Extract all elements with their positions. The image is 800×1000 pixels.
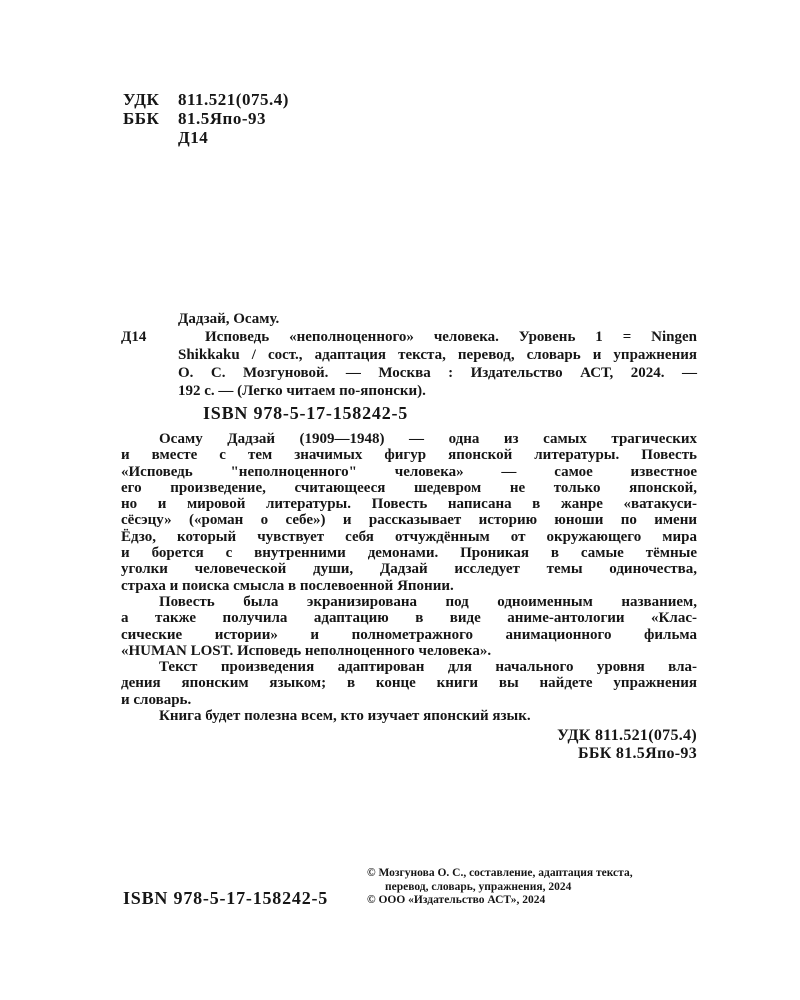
text-line: «HUMAN LOST. Исповедь неполноценного чел… — [121, 643, 697, 659]
copyright-block: © Мозгунова О. С., составление, адаптаци… — [367, 867, 699, 908]
text-line: и вместе с тем значимых фигур японской л… — [121, 447, 697, 463]
text-line: Повесть была экранизирована под одноимен… — [121, 594, 697, 610]
bibliographic-record: Дадзай, Осаму. Д14 Исповедь «неполноценн… — [121, 310, 697, 400]
text-line: уголки человеческой души, Дадзай исследу… — [121, 561, 697, 577]
isbn-number: ISBN 978-5-17-158242-5 — [203, 403, 408, 424]
udk-bottom-value: УДК 811.521(075.4) — [397, 727, 697, 745]
text-line: Осаму Дадзай (1909—1948) — одна из самых… — [121, 431, 697, 447]
text-line: но и мировой литературы. Повесть написан… — [121, 496, 697, 512]
top-classification-codes: УДК811.521(075.4) ББК81.5Япо-93 Д14 — [123, 90, 289, 147]
author-code-value: Д14 — [178, 128, 208, 147]
isbn-number-footer: ISBN 978-5-17-158242-5 — [123, 888, 328, 909]
bbk-bottom-value: ББК 81.5Япо-93 — [397, 745, 697, 763]
text-line: а также получила адаптацию в виде аниме-… — [121, 610, 697, 626]
text-line: Shikkaku / сост., адаптация текста, пере… — [178, 346, 697, 364]
bottom-classification-codes: УДК 811.521(075.4) ББК 81.5Япо-93 — [397, 727, 697, 763]
text-line: Исповедь «неполноценного» человека. Уров… — [178, 328, 697, 346]
annotation-paragraph: Текст произведения адаптирован для начал… — [121, 659, 697, 708]
copyright-line: © Мозгунова О. С., составление, адаптаци… — [367, 867, 699, 881]
text-line: дения японским языком; в конце книги вы … — [121, 675, 697, 691]
text-line: Ёдзо, который чувствует себя отчуждённым… — [121, 529, 697, 545]
copyright-line: © ООО «Издательство АСТ», 2024 — [367, 894, 699, 908]
bib-entry: Д14 Исповедь «неполноценного» человека. … — [178, 328, 697, 400]
udk-value: 811.521(075.4) — [178, 90, 289, 109]
text-line: сические истории» и полнометражного аним… — [121, 627, 697, 643]
bbk-label: ББК — [123, 109, 178, 128]
bbk-value: 81.5Япо-93 — [178, 109, 266, 128]
text-line: Текст произведения адаптирован для начал… — [121, 659, 697, 675]
udk-row: УДК811.521(075.4) — [123, 90, 289, 109]
udk-label: УДК — [123, 90, 178, 109]
text-line: и словарь. — [121, 692, 697, 708]
text-line: Книга будет полезна всем, кто изучает яп… — [121, 708, 697, 724]
copyright-line: перевод, словарь, упражнения, 2024 — [367, 881, 699, 895]
text-line: его произведение, считающееся шедевром н… — [121, 480, 697, 496]
annotation-paragraph: Осаму Дадзай (1909—1948) — одна из самых… — [121, 431, 697, 594]
annotation-paragraph: Книга будет полезна всем, кто изучает яп… — [121, 708, 697, 724]
text-line: сёсэцу» («роман о себе») и рассказывает … — [121, 512, 697, 528]
annotation-text: Осаму Дадзай (1909—1948) — одна из самых… — [121, 431, 697, 724]
bib-author: Дадзай, Осаму. — [178, 310, 697, 328]
text-line: и борется с внутренними демонами. Проник… — [121, 545, 697, 561]
bbk-row: ББК81.5Япо-93 — [123, 109, 289, 128]
text-line: О. С. Мозгуновой. — Москва : Издательств… — [178, 364, 697, 382]
text-line: «Исповедь "неполноценного" человека» — с… — [121, 464, 697, 480]
text-line: страха и поиска смысла в послевоенной Яп… — [121, 578, 697, 594]
bib-author-code: Д14 — [121, 328, 146, 346]
imprint-page: УДК811.521(075.4) ББК81.5Япо-93 Д14 Дадз… — [0, 0, 800, 1000]
author-code-row: Д14 — [123, 128, 289, 147]
annotation-paragraph: Повесть была экранизирована под одноимен… — [121, 594, 697, 659]
text-line: 192 с. — (Легко читаем по-японски). — [178, 382, 697, 400]
